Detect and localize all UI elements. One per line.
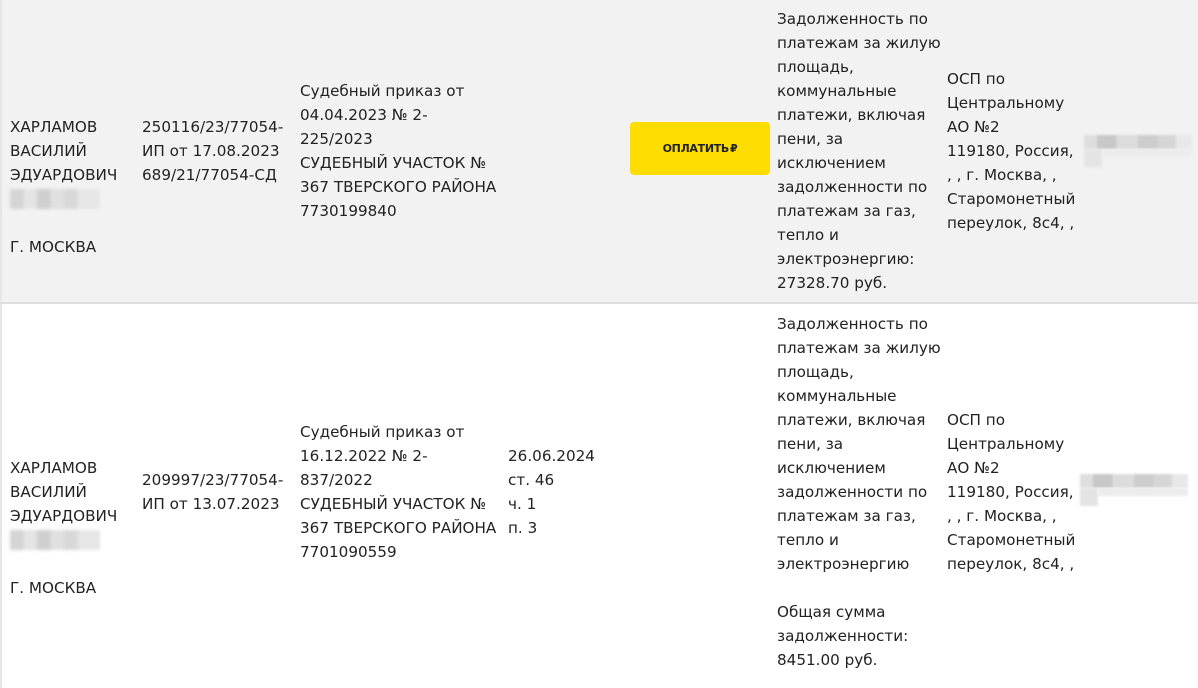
department-cell: ОСП по Центральному АО №2 119180, Россия…	[947, 67, 1075, 235]
debtor-city: Г. МОСКВА	[10, 579, 96, 597]
ruble-icon: ₽	[730, 142, 737, 155]
debtor-cell: ХАРЛАМОВ ВАСИЛИЙ ЭДУАРДОВИЧ Г. МОСКВА	[10, 91, 117, 259]
table-row: ХАРЛАМОВ ВАСИЛИЙ ЭДУАРДОВИЧ Г. МОСКВА 25…	[0, 0, 1198, 304]
debtor-name: ХАРЛАМОВ ВАСИЛИЙ ЭДУАРДОВИЧ	[10, 118, 117, 184]
debtor-name: ХАРЛАМОВ ВАСИЛИЙ ЭДУАРДОВИЧ	[10, 459, 117, 525]
subject-cell: Задолженность по платежам за жилую площа…	[777, 7, 941, 295]
proceeding-cell: 209997/23/77054- ИП от 13.07.2023	[142, 468, 283, 516]
pay-button[interactable]: ОПЛАТИТЬ₽	[630, 122, 770, 175]
document-cell: Судебный приказ от 04.04.2023 № 2- 225/2…	[300, 79, 496, 223]
redacted-bailiff	[1080, 474, 1188, 504]
department-cell: ОСП по Центральному АО №2 119180, Россия…	[947, 408, 1075, 576]
proceeding-cell: 250116/23/77054- ИП от 17.08.2023 689/21…	[142, 115, 283, 187]
document-cell: Судебный приказ от 16.12.2022 № 2- 837/2…	[300, 420, 496, 564]
table-row: ХАРЛАМОВ ВАСИЛИЙ ЭДУАРДОВИЧ Г. МОСКВА 20…	[0, 304, 1198, 688]
enforcement-proceedings-table: ХАРЛАМОВ ВАСИЛИЙ ЭДУАРДОВИЧ Г. МОСКВА 25…	[0, 0, 1198, 688]
debtor-cell: ХАРЛАМОВ ВАСИЛИЙ ЭДУАРДОВИЧ Г. МОСКВА	[10, 432, 117, 600]
termination-cell: 26.06.2024 ст. 46 ч. 1 п. 3	[508, 444, 595, 540]
redacted-birthdate	[10, 530, 100, 550]
redacted-birthdate	[10, 189, 100, 209]
redacted-bailiff	[1084, 135, 1192, 165]
pay-button-label: ОПЛАТИТЬ	[663, 142, 729, 155]
subject-cell: Задолженность по платежам за жилую площа…	[777, 312, 941, 672]
debtor-city: Г. МОСКВА	[10, 238, 96, 256]
